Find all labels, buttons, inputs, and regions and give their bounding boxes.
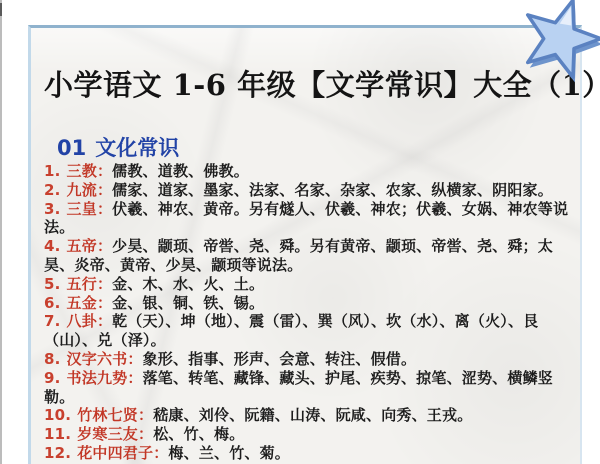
list-item: 5.五行：金、木、水、火、土。 — [44, 275, 571, 294]
list-item: 7.八卦：乾（天）、坤（地）、震（雷）、巽（风）、坎（水）、离（火）、艮（山）、… — [44, 312, 571, 350]
list-item: 6.五金：金、银、铜、铁、锡。 — [44, 294, 571, 313]
item-number: 1. — [44, 162, 61, 180]
item-number: 6. — [44, 294, 61, 312]
item-number: 3. — [44, 200, 61, 218]
item-text: 儒教、道教、佛教。 — [112, 162, 249, 180]
knowledge-list: 1.三教：儒教、道教、佛教。 2.九流：儒家、道家、墨家、法家、名家、杂家、农家… — [44, 162, 571, 463]
item-number: 11. — [44, 425, 71, 443]
item-term: 书法九势： — [67, 369, 143, 387]
screen-edge-line — [0, 0, 2, 464]
item-term: 汉字六书： — [67, 350, 143, 368]
item-number: 2. — [44, 181, 61, 199]
screen-edge-notch — [0, 3, 2, 16]
screenshot-root: { "title": "小学语文 1-6 年级【文学常识】大全（1）", "se… — [0, 0, 600, 464]
item-text: 乾（天）、坤（地）、震（雷）、巽（风）、坎（水）、离（火）、艮（山）、兑（泽）。 — [44, 312, 538, 349]
item-text: 梅、兰、竹、菊。 — [168, 444, 290, 462]
item-text: 金、银、铜、铁、锡。 — [112, 294, 264, 312]
item-text: 松、竹、梅。 — [153, 425, 244, 443]
item-term: 五金： — [67, 294, 113, 312]
item-term: 花中四君子： — [77, 444, 168, 462]
section-heading: 01文化常识 — [57, 136, 571, 161]
item-number: 9. — [44, 369, 61, 387]
item-text: 金、木、水、火、土。 — [112, 275, 264, 293]
list-item: 4.五帝：少昊、颛顼、帝喾、尧、舜。另有黄帝、颛顼、帝喾、尧、舜；太昊、炎帝、黄… — [44, 237, 571, 275]
list-item: 12.花中四君子：梅、兰、竹、菊。 — [44, 444, 571, 463]
item-text: 儒家、道家、墨家、法家、名家、杂家、农家、纵横家、阴阳家。 — [112, 181, 553, 199]
item-number: 12. — [44, 444, 71, 462]
item-text: 少昊、颛顼、帝喾、尧、舜。另有黄帝、颛顼、帝喾、尧、舜；太昊、炎帝、黄帝、少昊、… — [44, 237, 553, 274]
item-number: 4. — [44, 237, 61, 255]
list-item: 10.竹林七贤：嵇康、刘伶、阮籍、山涛、阮咸、向秀、王戎。 — [44, 406, 571, 425]
list-item: 2.九流：儒家、道家、墨家、法家、名家、杂家、农家、纵横家、阴阳家。 — [44, 181, 571, 200]
list-item: 1.三教：儒教、道教、佛教。 — [44, 162, 571, 181]
item-number: 10. — [44, 406, 71, 424]
item-text: 伏羲、神农、黄帝。另有燧人、伏羲、神农；伏羲、女娲、神农等说法。 — [44, 200, 568, 237]
list-item: 9.书法九势：落笔、转笔、藏锋、藏头、护尾、疾势、掠笔、涩势、横鳞竖勒。 — [44, 369, 571, 407]
list-item: 3.三皇：伏羲、神农、黄帝。另有燧人、伏羲、神农；伏羲、女娲、神农等说法。 — [44, 200, 571, 238]
item-term: 九流： — [67, 181, 113, 199]
section-number: 01 — [57, 136, 86, 160]
list-item: 8.汉字六书：象形、指事、形声、会意、转注、假借。 — [44, 350, 571, 369]
item-term: 五帝： — [67, 237, 113, 255]
item-term: 八卦： — [67, 312, 113, 330]
item-term: 岁寒三友： — [77, 425, 153, 443]
item-number: 8. — [44, 350, 61, 368]
section-title: 文化常识 — [95, 136, 179, 160]
item-text: 象形、指事、形声、会意、转注、假借。 — [143, 350, 417, 368]
page-title: 小学语文 1-6 年级【文学常识】大全（1） — [44, 67, 571, 103]
item-number: 7. — [44, 312, 61, 330]
paper-sheet: 小学语文 1-6 年级【文学常识】大全（1） 01文化常识 1.三教：儒教、道教… — [28, 25, 582, 464]
list-item: 11.岁寒三友：松、竹、梅。 — [44, 425, 571, 444]
item-text: 嵇康、刘伶、阮籍、山涛、阮咸、向秀、王戎。 — [153, 406, 472, 424]
item-term: 五行： — [67, 275, 113, 293]
item-term: 三教： — [67, 162, 113, 180]
item-term: 三皇： — [67, 200, 113, 218]
item-number: 5. — [44, 275, 61, 293]
item-term: 竹林七贤： — [77, 406, 153, 424]
